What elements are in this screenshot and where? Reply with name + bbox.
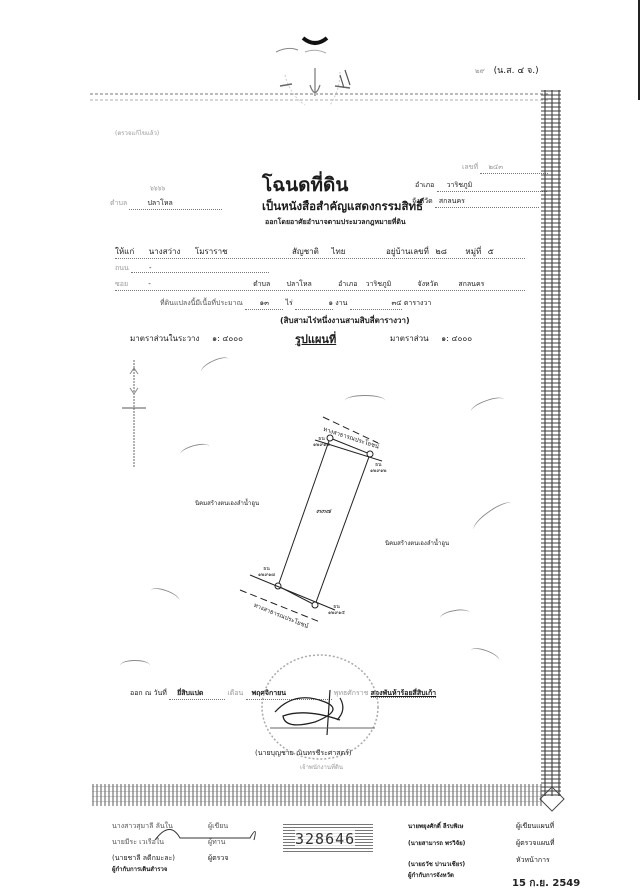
parcel-number: ๓๓๗: [316, 506, 331, 517]
address-row: ซอย - ตำบล ปลาโหล อำเภอ วาริชภูมิ จังหวั…: [115, 279, 525, 291]
owner-label: ให้แก่: [115, 247, 134, 256]
marker-1-code: ๑๒๙๑๕: [313, 442, 330, 448]
sig-left-title-3: ผู้กำกับการเดินสำรวจ: [112, 862, 175, 878]
form-code-prefix: ๒๙: [475, 67, 485, 75]
date-stamp: 15 ก.ย. 2549: [512, 876, 580, 891]
area-wa-value: ๓๔: [350, 298, 402, 310]
owner-name: นางสว่าง: [149, 247, 181, 256]
signature-scribble-left: [150, 820, 260, 850]
issued-under: ออกโดยอาศัยอำนาจตามประมวลกฎหมายที่ดิน: [265, 217, 406, 228]
header-security-line: [90, 93, 550, 95]
serial-number: 328646: [295, 830, 355, 848]
security-border-strip: [541, 90, 561, 796]
header-left-faint-number: ๖๖๖๖: [150, 183, 165, 193]
issue-date-prefix: ออก ณ วันที่: [130, 689, 167, 697]
area-row: ที่ดินแปลงนี้มีเนื้อที่ประมาณ ๑๓ ไร่ ๑ ง…: [160, 298, 431, 310]
house-no-value: ๒๘: [435, 247, 446, 256]
scale-right: มาตราส่วน ๑: ๔๐๐๐: [390, 332, 472, 345]
area-ngan-value: ๑: [295, 298, 333, 310]
issue-month-label: เดือน: [227, 689, 243, 697]
amphoe-value: วาริชภูมิ: [366, 280, 392, 288]
header-tambon-label: ตำบล: [110, 199, 127, 207]
deed-number: เลขที่ ๒๔๓: [462, 162, 548, 174]
form-code-value: (น.ส. ๔ จ.): [494, 66, 539, 76]
scale-left-label: มาตราส่วนในระวาง: [130, 334, 199, 343]
header-left-faint-line: (ตรวจแก้ไขแล้ว): [115, 128, 159, 138]
province-label: จังหวัด: [418, 280, 439, 288]
sig-left-role-3: ผู้ตรวจ: [208, 850, 228, 866]
province-value: สกลนคร: [458, 280, 484, 288]
header-province: จังหวัด สกลนคร: [412, 196, 539, 208]
sig-right-name-2: (นายสามารถ พรวิจัย): [408, 835, 465, 852]
road-value: -: [131, 264, 269, 273]
area-ngan-label: งาน: [335, 299, 347, 307]
marker-3: ธน ๑๒๙๑๗: [258, 566, 275, 578]
right-neighbor-label: นิคมสร้างตนเองลำน้ำอูน: [385, 538, 449, 548]
garuda-emblem: [240, 10, 390, 105]
nationality-value: ไทย: [331, 247, 345, 256]
marker-4-code: ๑๒๙๑๕: [328, 610, 345, 616]
sig-right-role-3: หัวหน้าการ: [516, 852, 554, 869]
header-province-value: สกลนคร: [435, 196, 539, 208]
owner-row: ให้แก่ นางสว่าง โมราราช สัญชาติ ไทย อยู่…: [115, 245, 525, 259]
marker-4: ธน ๑๒๙๑๕: [328, 604, 345, 616]
header-amphoe-label: อำเภอ: [415, 181, 434, 189]
signature-right-block: นายพยุงศักดิ์ ลีรบพิเษ (นายสามารถ พรวิจั…: [408, 818, 465, 884]
header-amphoe-value: วาริชภูมิ: [437, 180, 547, 192]
owner-surname: โมราราช: [195, 247, 228, 256]
sig-right-name-1: นายพยุงศักดิ์ ลีรบพิเษ: [408, 818, 465, 835]
area-wa-label: ตารางวา: [404, 299, 431, 307]
sig-right-role-2: ผู้ตรวจแผนที่: [516, 835, 554, 852]
tambon-label: ตำบล: [253, 280, 270, 288]
deed-number-value: ๒๔๓: [480, 162, 548, 174]
marker-1: ธน ๑๒๙๑๕: [313, 436, 330, 448]
marker-3-code: ๑๒๙๑๗: [258, 572, 275, 578]
tambon-value: ปลาโหล: [287, 280, 312, 288]
moo-label: หมู่ที่: [465, 247, 481, 256]
soi-label: ซอย: [115, 280, 128, 288]
land-official-title: เจ้าพนักงานที่ดิน: [300, 762, 343, 772]
header-amphoe: อำเภอ วาริชภูมิ: [415, 180, 547, 192]
scale-left: มาตราส่วนในระวาง ๑: ๔๐๐๐: [130, 332, 243, 345]
area-rai-label: ไร่: [285, 299, 292, 307]
area-rai-value: ๑๓: [245, 298, 283, 310]
bottom-security-band: [92, 784, 542, 806]
scale-right-value: ๑: ๔๐๐๐: [441, 334, 472, 343]
left-neighbor-label: นิคมสร้างตนเองลำน้ำอูน: [195, 498, 259, 508]
marker-2: ธน ๑๒๙๑๒: [370, 462, 387, 474]
north-arrow-icon: [120, 360, 150, 470]
scale-left-value: ๑: ๔๐๐๐: [212, 334, 243, 343]
area-in-words: (สิบสามไร่หนึ่งงานสามสิบสี่ตารางวา): [280, 314, 410, 327]
document-title: โฉนดที่ดิน: [262, 170, 348, 200]
serial-number-box: 328646: [283, 824, 373, 854]
sig-right-role-1: ผู้เขียนแผนที่: [516, 818, 554, 835]
issue-day: ยี่สิบแปด: [169, 688, 225, 700]
header-tambon: ตำบล ปลาโหล: [110, 198, 222, 210]
nationality-label: สัญชาติ: [292, 247, 319, 256]
amphoe-label: อำเภอ: [338, 280, 357, 288]
road-label: ถนน: [115, 264, 129, 272]
header-security-line-2: [90, 99, 550, 101]
soi-value: -: [148, 280, 151, 288]
signature-right-roles: ผู้เขียนแผนที่ ผู้ตรวจแผนที่ หัวหน้าการ: [516, 818, 554, 869]
form-code: ๒๙ (น.ส. ๔ จ.): [475, 63, 539, 77]
document-subtitle: เป็นหนังสือสำคัญแสดงกรรมสิทธิ์: [262, 198, 423, 216]
area-prefix: ที่ดินแปลงนี้มีเนื้อที่ประมาณ: [160, 299, 243, 307]
map-heading: รูปแผนที่: [295, 330, 336, 348]
header-tambon-value: ปลาโหล: [129, 198, 222, 210]
house-no-label: อยู่บ้านเลขที่: [386, 247, 429, 256]
garuda-emblem-icon: [240, 10, 390, 105]
deed-number-label: เลขที่: [462, 163, 478, 171]
scale-right-label: มาตราส่วน: [390, 334, 429, 343]
moo-value: ๕: [488, 247, 494, 256]
marker-2-code: ๑๒๙๑๒: [370, 468, 387, 474]
road-row: ถนน -: [115, 263, 269, 274]
land-official-name: (นายบุญชาย ณินทรชีระศาสตร์): [255, 748, 352, 759]
